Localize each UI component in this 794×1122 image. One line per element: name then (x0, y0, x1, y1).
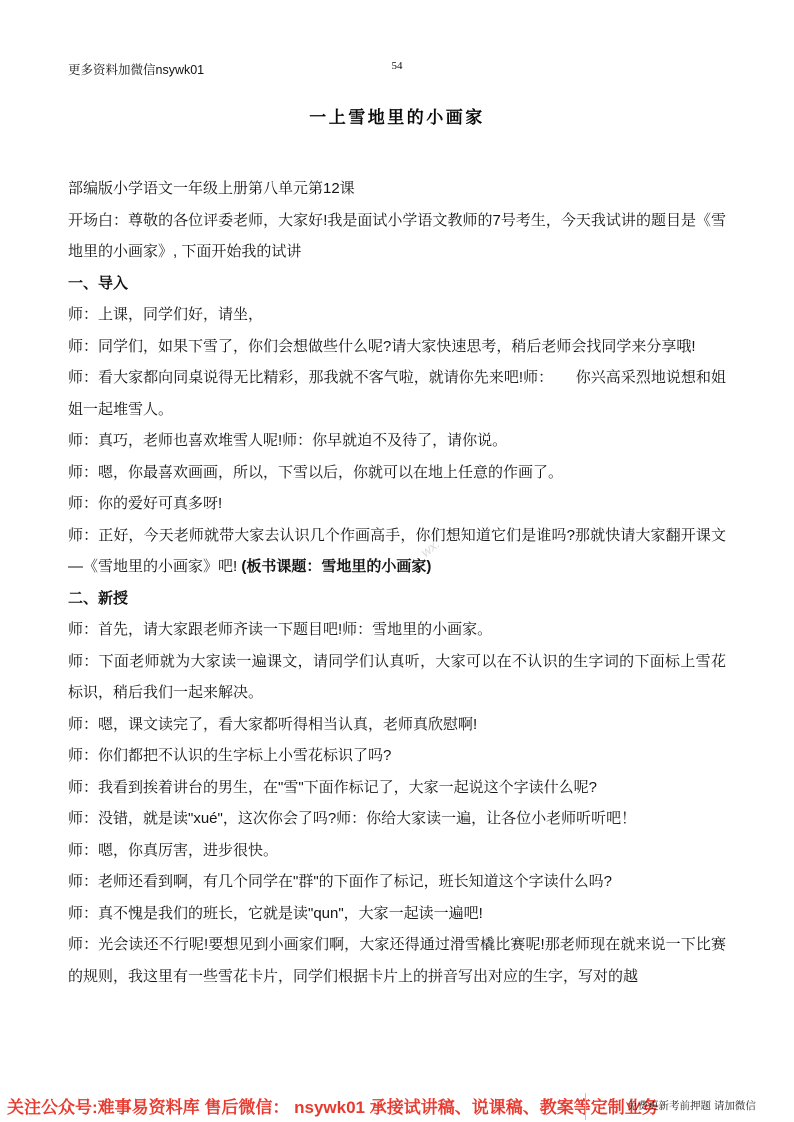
paragraph-segment: 师：真不愧是我们的班长，它就是读"qun"，大家一起读一遍吧! (68, 905, 483, 922)
paragraph: 师：嗯，你真厉害，进步很快。 (68, 835, 726, 867)
paragraph-segment: 师：看大家都向同桌说得无比精彩，那我就不客气啦，就请你先来吧!师： 你兴高采烈地… (68, 369, 726, 418)
paragraph-segment: 师：首先，请大家跟老师齐读一下题目吧!师：雪地里的小画家。 (68, 621, 492, 638)
paragraph-segment: 师：真巧，老师也喜欢堆雪人呢!师：你早就迫不及待了，请你说。 (68, 432, 507, 449)
paragraph-segment: 师：你们都把不认识的生字标上小雪花标识了吗? (68, 747, 391, 764)
page-header: 更多资料加微信nsywk01 54 (68, 60, 726, 78)
paragraph: 师：你的爱好可真多呀! (68, 488, 726, 520)
paragraph: 师：首先，请大家跟老师齐读一下题目吧!师：雪地里的小画家。 (68, 614, 726, 646)
paragraph: 师：下面老师就为大家读一遍课文，请同学们认真听，大家可以在不认识的生字词的下面标… (68, 646, 726, 709)
paragraph: 师：同学们，如果下雪了，你们会想做些什么呢?请大家快速思考，稍后老师会找同学来分… (68, 331, 726, 363)
paragraph-segment: 开场白：尊敬的各位评委老师，大家好!我是面试小学语文教师的7号考生，今天我试讲的… (68, 212, 726, 261)
paragraph-segment: 师：你的爱好可真多呀! (68, 495, 222, 512)
paragraph-segment: 师：同学们，如果下雪了，你们会想做些什么呢?请大家快速思考，稍后老师会找同学来分… (68, 338, 696, 355)
paragraph: 师：你们都把不认识的生字标上小雪花标识了吗? (68, 740, 726, 772)
section-heading: 二、新授 (68, 583, 726, 615)
paragraph-segment: 师：嗯，你真厉害，进步很快。 (68, 842, 278, 859)
footer-promo: 关注公众号:难事易资料库 售后微信： nsywk01 承接试讲稿、说课稿、教案等… (7, 1093, 659, 1118)
paragraph: 师：嗯，课文读完了，看大家都听得相当认真，老师真欣慰啊! (68, 709, 726, 741)
paragraph: 师：正好，今天老师就带大家去认识几个作画高手，你们想知道它们是谁吗?那就快请大家… (68, 520, 726, 583)
footer-note: 免费更新考前押题 请加微信 (627, 1098, 756, 1113)
paragraph: 师：看大家都向同桌说得无比精彩，那我就不客气啦，就请你先来吧!师： 你兴高采烈地… (68, 362, 726, 425)
paragraph-segment-bold: 二、新授 (68, 590, 128, 607)
paragraph: 师：老师还看到啊，有几个同学在"群"的下面作了标记，班长知道这个字读什么吗? (68, 866, 726, 898)
page-footer: 关注公众号:难事易资料库 售后微信： nsywk01 承接试讲稿、说课稿、教案等… (0, 1090, 794, 1122)
paragraph-segment: 部编版小学语文一年级上册第八单元第12课 (68, 180, 355, 197)
paragraph: 师：光会读还不行呢!要想见到小画家们啊，大家还得通过滑雪橇比赛呢!那老师现在就来… (68, 929, 726, 992)
document-page: { "page": { "header": { "left_text": "更多… (0, 0, 794, 1122)
paragraph-segment: 师：老师还看到啊，有几个同学在"群"的下面作了标记，班长知道这个字读什么吗? (68, 873, 612, 890)
document-title: 一上雪地里的小画家 (0, 103, 794, 128)
document-body: 部编版小学语文一年级上册第八单元第12课开场白：尊敬的各位评委老师，大家好!我是… (68, 173, 726, 992)
paragraph: 师：嗯，你最喜欢画画，所以，下雪以后，你就可以在地上任意的作画了。 (68, 457, 726, 489)
paragraph-segment: 师：嗯，你最喜欢画画，所以，下雪以后，你就可以在地上任意的作画了。 (68, 464, 563, 481)
paragraph-segment-bold: (板书课题：雪地里的小画家) (241, 558, 431, 575)
paragraph-segment: 师：光会读还不行呢!要想见到小画家们啊，大家还得通过滑雪橇比赛呢!那老师现在就来… (68, 936, 726, 985)
paragraph: 师：上课，同学们好，请坐， (68, 299, 726, 331)
paragraph-segment: 师：上课，同学们好，请坐， (68, 306, 263, 323)
page-number: 54 (392, 60, 403, 72)
header-left-text: 更多资料加微信nsywk01 (68, 63, 204, 77)
paragraph: 部编版小学语文一年级上册第八单元第12课 (68, 173, 726, 205)
paragraph: 师：真不愧是我们的班长，它就是读"qun"，大家一起读一遍吧! (68, 898, 726, 930)
paragraph: 师：没错，就是读"xué"，这次你会了吗?师：你给大家读一遍，让各位小老师听听吧… (68, 803, 726, 835)
paragraph: 师：我看到挨着讲台的男生，在"雪"下面作标记了，大家一起说这个字读什么呢? (68, 772, 726, 804)
paragraph-segment: 师：嗯，课文读完了，看大家都听得相当认真，老师真欣慰啊! (68, 716, 477, 733)
paragraph-segment: 师：我看到挨着讲台的男生，在"雪"下面作标记了，大家一起说这个字读什么呢? (68, 779, 597, 796)
paragraph: 开场白：尊敬的各位评委老师，大家好!我是面试小学语文教师的7号考生，今天我试讲的… (68, 205, 726, 268)
paragraph-segment: 师：下面老师就为大家读一遍课文，请同学们认真听，大家可以在不认识的生字词的下面标… (68, 653, 726, 702)
section-heading: 一、导入 (68, 268, 726, 300)
paragraph-segment-bold: 一、导入 (68, 275, 128, 292)
footer-divider (585, 1093, 586, 1120)
paragraph-segment: 师：没错，就是读"xué"，这次你会了吗?师：你给大家读一遍，让各位小老师听听吧… (68, 810, 636, 827)
paragraph: 师：真巧，老师也喜欢堆雪人呢!师：你早就迫不及待了，请你说。 (68, 425, 726, 457)
